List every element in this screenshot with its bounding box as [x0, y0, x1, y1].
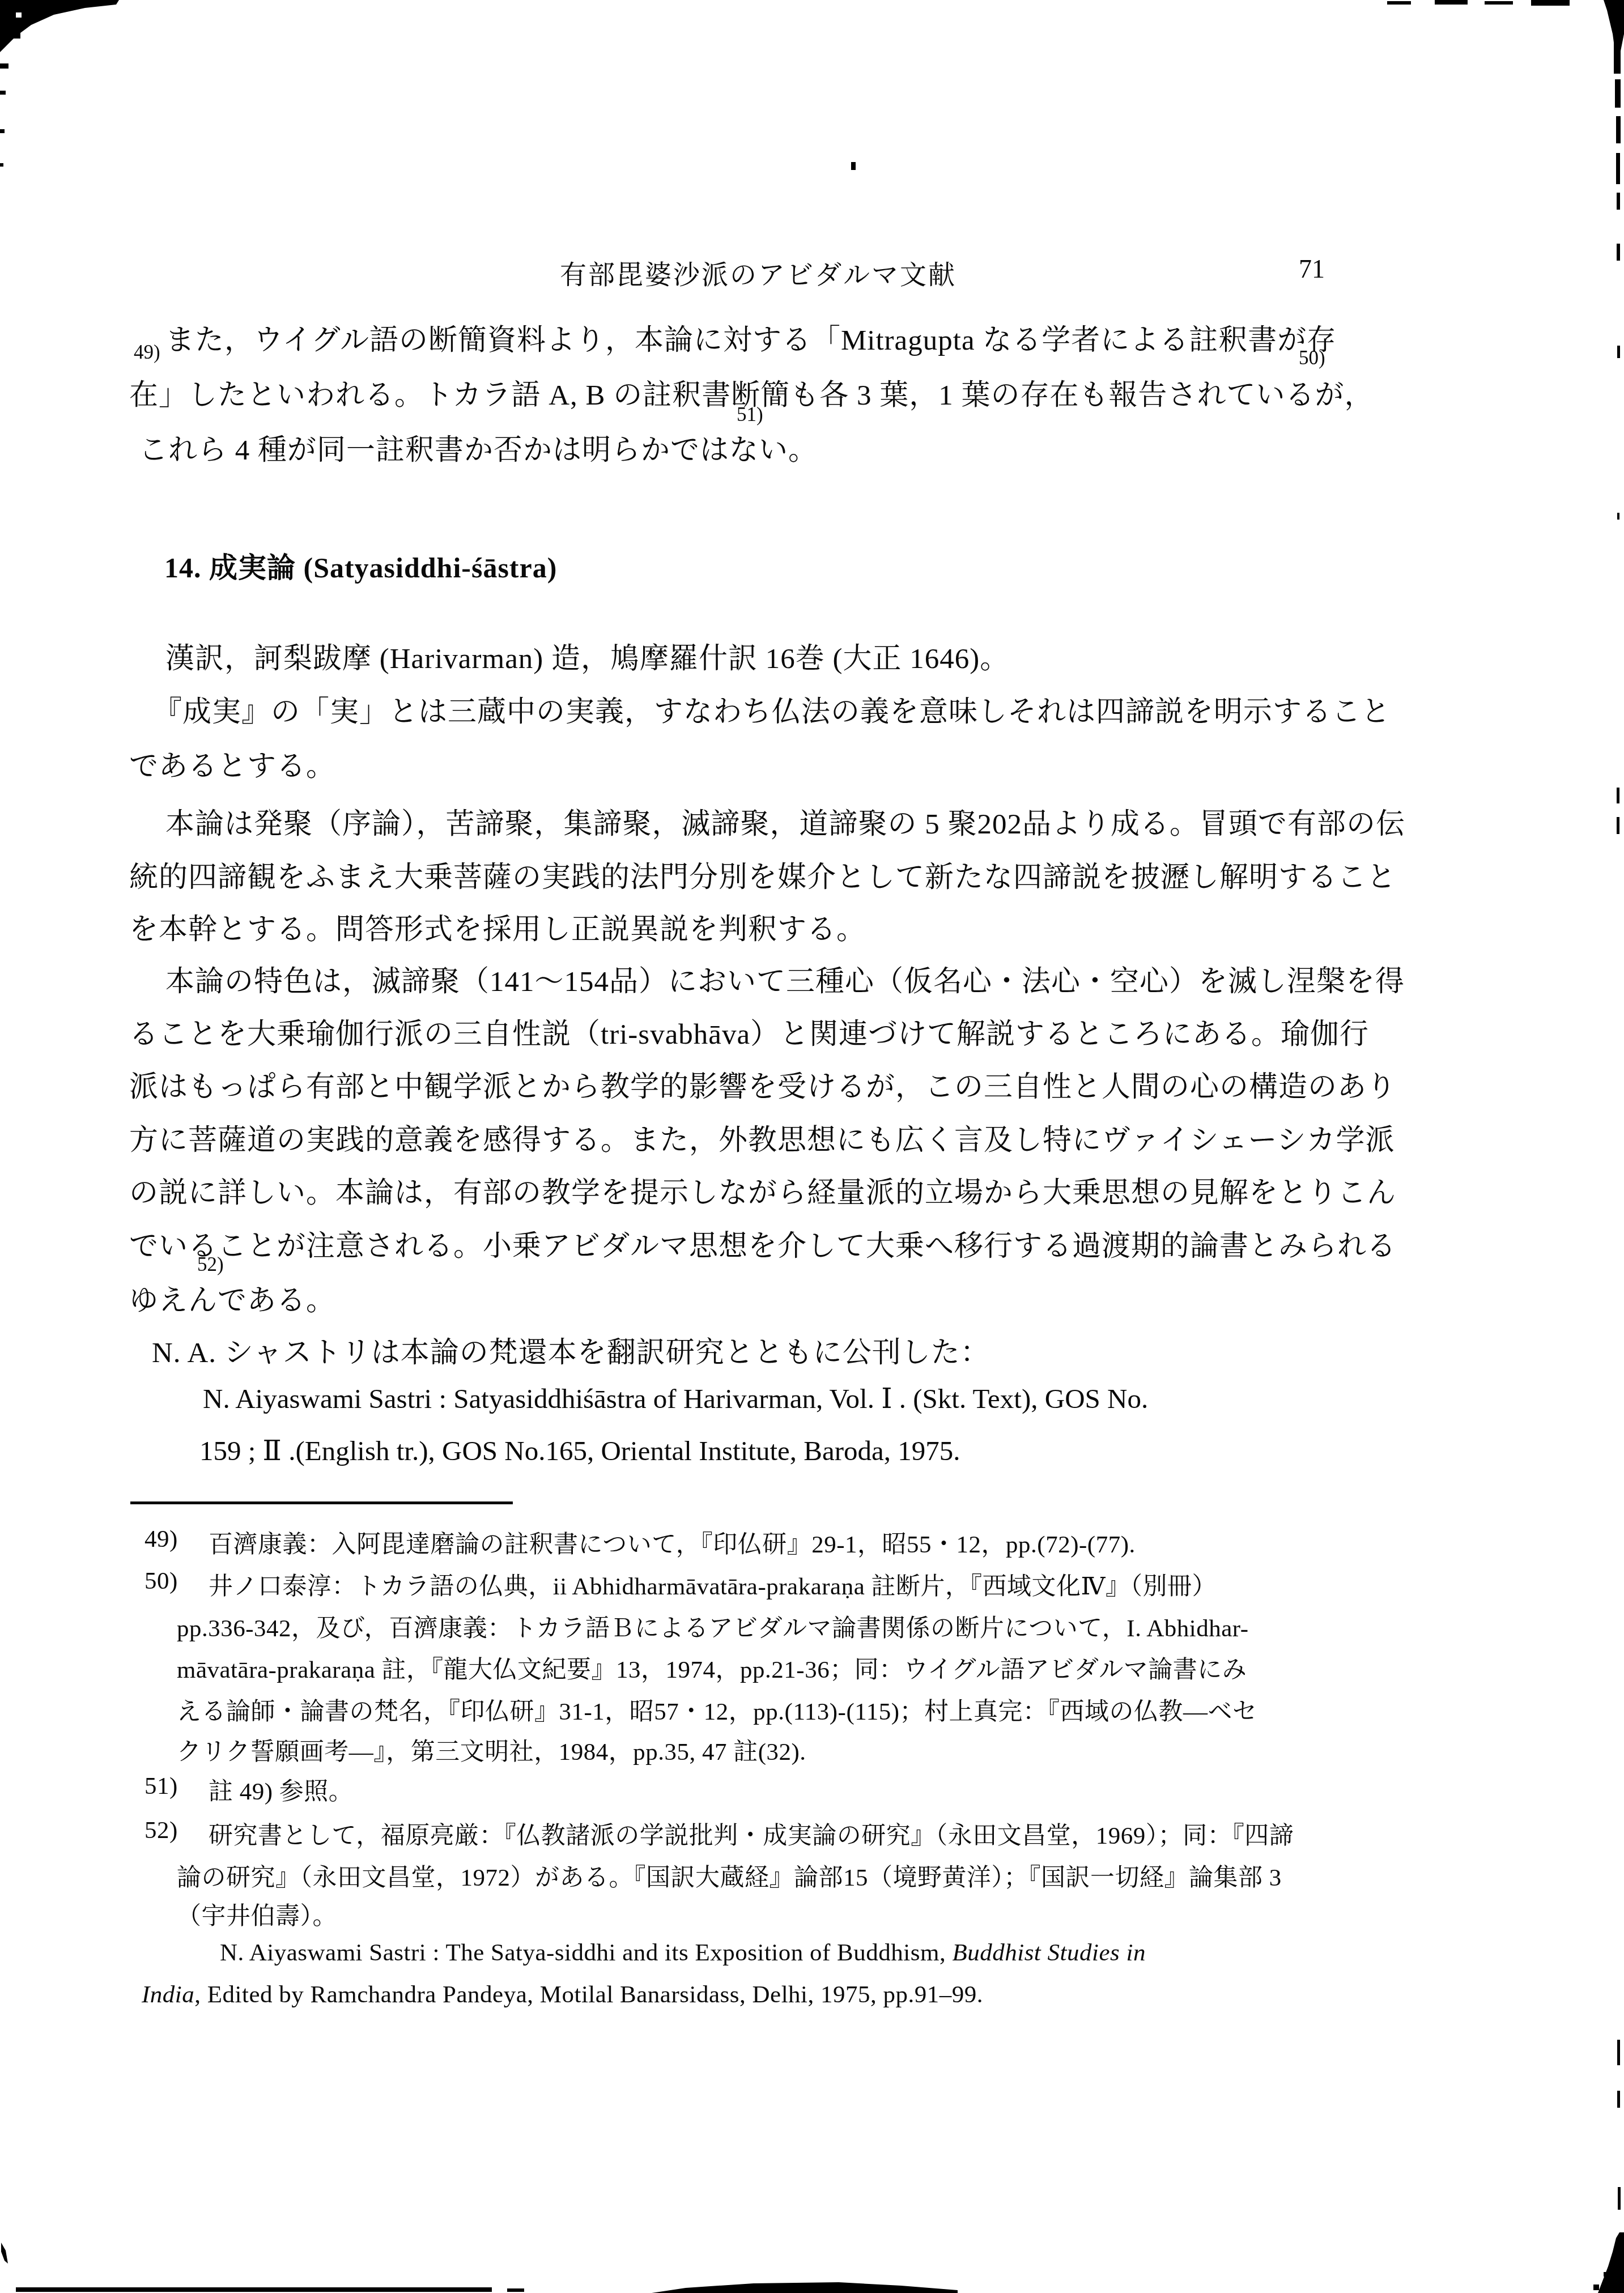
- footnote-text: 註 49) 参照。: [209, 1772, 353, 1807]
- footnote-marker-52: 52): [197, 1253, 224, 1276]
- scan-artifact-bottom-hump: [652, 2279, 958, 2293]
- footnote-reference-text: N. Aiyaswami Sastri : The Satya-siddhi a…: [220, 1939, 952, 1966]
- body-line: 本論の特色は，滅諦聚（141〜154品）において三種心（仮名心・法心・空心）を滅…: [165, 958, 1405, 999]
- page-number: 71: [1299, 254, 1325, 284]
- footnote-reference-journal: India: [142, 1981, 194, 2008]
- scan-artifact-right-dash: [1617, 788, 1619, 803]
- body-line: 漢訳，訶梨跋摩 (Harivarman) 造，鳩摩羅什訳 16巻 (大正 164…: [165, 635, 1009, 677]
- footnote-separator: [130, 1501, 513, 1504]
- scan-artifact-bottom-strip: [507, 2288, 524, 2292]
- footnote-text: māvatāra-prakaraṇa 註，『龍大仏文紀要』13，1974，pp.…: [177, 1650, 1247, 1685]
- footnote-reference-line: N. Aiyaswami Sastri : The Satya-siddhi a…: [220, 1939, 1146, 1967]
- scan-artifact-top-right: [1590, 0, 1624, 227]
- body-line: ることを大乗瑜伽行派の三自性説（tri-svabhāva）と関連づけて解説すると…: [129, 1010, 1369, 1052]
- footnote-number: 50): [144, 1567, 178, 1595]
- scan-artifact-right-dash: [1617, 2040, 1620, 2065]
- scan-artifact-top-dash: [1435, 0, 1468, 5]
- footnote-text: pp.336-342，及び，百濟康義：トカラ語Ｂによるアビダルマ論書関係の断片に…: [177, 1609, 1249, 1644]
- body-line: でいることが注意される。小乗アビダルマ思想を介して大乗へ移行する過渡期的論書とみ…: [129, 1222, 1396, 1264]
- body-line: 派はもっぱら有部と中観学派とから教学的影響を受けるが，この三自性と人間の心の構造…: [129, 1063, 1396, 1105]
- page-header-title: 有部毘婆沙派のアビダルマ文献: [560, 254, 956, 292]
- scan-artifact-right-dash: [1617, 817, 1619, 834]
- scanned-document-page: 有部毘婆沙派のアビダルマ文献 71 また，ウイグル語の断簡資料より，本論に対する…: [0, 0, 1624, 2293]
- scan-artifact-right-dash: [1617, 513, 1619, 520]
- footnote-text: クリク誓願画考―』，第三文明社，1984，pp.35, 47 註(32).: [177, 1733, 806, 1767]
- scan-artifact-right-dash: [1617, 346, 1620, 358]
- footnote-text: 論の研究』（永田文昌堂，1972）がある。『国訳大蔵経』論部15（境野黄洋）；『…: [177, 1858, 1282, 1893]
- footnote-text: 研究書として，福原亮厳：『仏教諸派の学説批判・成実論の研究』（永田文昌堂，196…: [209, 1816, 1294, 1851]
- body-line: 統的四諦観をふまえ大乗菩薩の実践的法門分別を媒介として新たな四諦説を披瀝し解明す…: [129, 853, 1396, 895]
- scan-artifact-bottom-strip: [16, 2287, 492, 2292]
- scan-speck: [851, 162, 856, 170]
- section-heading: 14. 成実論 (Satyasiddhi-śāstra): [164, 545, 557, 586]
- scan-artifact-top-dash: [1531, 0, 1570, 6]
- scan-artifact-bottom-right: [1581, 2232, 1624, 2293]
- body-line: の説に詳しい。本論は，有部の教学を提示しながら経量派的立場から大乗思想の見解をと…: [129, 1169, 1396, 1211]
- publication-reference-line: 159 ; Ⅱ .(English tr.), GOS No.165, Orie…: [199, 1435, 960, 1467]
- scan-artifact-right-dash: [1617, 2091, 1620, 2108]
- body-line: を本幹とする。問答形式を採用し正説異説を判釈する。: [129, 905, 866, 947]
- footnote-number: 52): [144, 1816, 178, 1844]
- scan-artifact-bottom-left: [0, 2238, 17, 2293]
- footnote-reference-journal: Buddhist Studies in: [952, 1939, 1146, 1966]
- scan-artifact-right-dash: [1617, 244, 1620, 261]
- publication-intro-line: N. A. シャストリは本論の梵還本を翻訳研究とともに公刊した：: [152, 1329, 990, 1371]
- footnote-marker-51: 51): [737, 403, 763, 426]
- body-line: 本論は発聚（序論），苦諦聚，集諦聚，滅諦聚，道諦聚の 5 聚202品より成る。冒…: [165, 800, 1405, 842]
- body-line: であるとする。: [129, 742, 335, 784]
- intro-line: また，ウイグル語の断簡資料より，本論に対する「Mitragupta なる学者によ…: [165, 316, 1336, 358]
- body-line: 『成実』の「実」とは三蔵中の実義，すなわち仏法の義を意味しそれは四諦説を明示する…: [153, 688, 1391, 730]
- footnote-number: 51): [144, 1772, 178, 1800]
- publication-reference-line: N. Aiyaswami Sastri : Satyasiddhiśāstra …: [203, 1382, 1148, 1415]
- body-line: 方に菩薩道の実践的意義を感得する。また，外教思想にも広く言及し特にヴァイシェーシ…: [129, 1116, 1395, 1158]
- scan-artifact-top-dash: [1387, 1, 1411, 5]
- scan-artifact-top-left: [0, 0, 147, 181]
- footnote-reference-line: India, Edited by Ramchandra Pandeya, Mot…: [142, 1981, 983, 2009]
- intro-line: これら 4 種が同一註釈書か否かは明らかではない。: [139, 426, 818, 468]
- footnote-text: 井ノ口泰淳：トカラ語の仏典，ii Abhidharmāvatāra-prakar…: [209, 1567, 1217, 1602]
- footnote-marker-50: 50): [1299, 347, 1325, 369]
- scan-artifact-right-dash: [1618, 2187, 1621, 2210]
- scan-artifact-top-dash: [1485, 1, 1513, 5]
- footnote-text: （宇井伯壽）。: [177, 1897, 337, 1932]
- body-line: ゆえんである。: [129, 1277, 335, 1318]
- footnote-reference-text: , Edited by Ramchandra Pandeya, Motilal …: [194, 1981, 983, 2008]
- footnote-marker-49: 49): [134, 341, 160, 364]
- footnote-text: 百濟康義：入阿毘達磨論の註釈書について，『印仏研』29-1，昭55・12，pp.…: [209, 1525, 1136, 1560]
- footnote-number: 49): [144, 1525, 178, 1553]
- footnote-text: える論師・論書の梵名，『印仏研』31-1，昭57・12，pp.(113)-(11…: [177, 1692, 1257, 1727]
